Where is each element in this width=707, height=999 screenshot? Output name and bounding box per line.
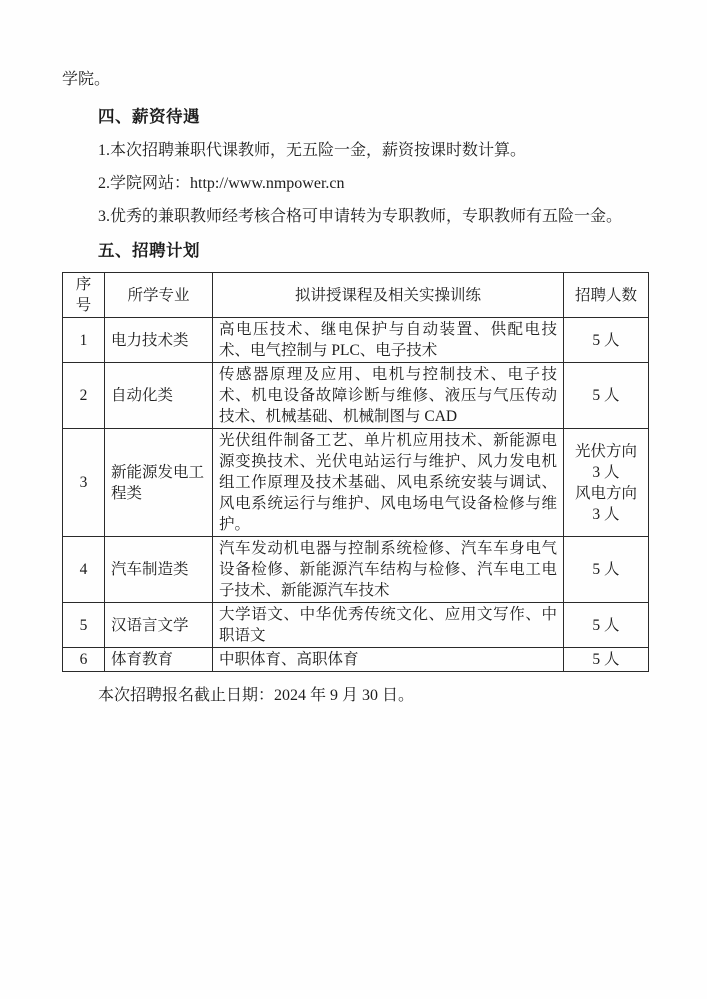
row-count: 5 人 xyxy=(564,318,649,363)
row-no: 3 xyxy=(63,429,105,537)
table-row: 3 新能源发电工程类 光伏组件制备工艺、单片机应用技术、新能源电源变换技术、光伏… xyxy=(63,429,649,537)
header-no: 序号 xyxy=(63,273,105,318)
header-major: 所学专业 xyxy=(105,273,213,318)
salary-item-2: 2.学院网站：http://www.nmpower.cn xyxy=(62,174,648,194)
row-no: 4 xyxy=(63,537,105,603)
row-major: 新能源发电工程类 xyxy=(105,429,213,537)
row-count: 光伏方向 3 人 风电方向 3 人 xyxy=(564,429,649,537)
row-count: 5 人 xyxy=(564,537,649,603)
row-major: 体育教育 xyxy=(105,648,213,672)
row-courses: 中职体育、高职体育 xyxy=(213,648,564,672)
section-heading-salary: 四、薪资待遇 xyxy=(62,106,648,128)
section-heading-plan: 五、招聘计划 xyxy=(62,240,648,262)
row-courses: 汽车发动机电器与控制系统检修、汽车车身电气设备检修、新能源汽车结构与检修、汽车电… xyxy=(213,537,564,603)
table-row: 6 体育教育 中职体育、高职体育 5 人 xyxy=(63,648,649,672)
salary-item-1: 1.本次招聘兼职代课教师，无五险一金，薪资按课时数计算。 xyxy=(62,141,648,161)
row-no: 1 xyxy=(63,318,105,363)
deadline-note: 本次招聘报名截止日期：2024 年 9 月 30 日。 xyxy=(62,686,648,706)
row-courses: 传感器原理及应用、电机与控制技术、电子技术、机电设备故障诊断与维修、液压与气压传… xyxy=(213,363,564,429)
row-courses: 大学语文、中华优秀传统文化、应用文写作、中职语文 xyxy=(213,603,564,648)
row-no: 2 xyxy=(63,363,105,429)
table-row: 5 汉语言文学 大学语文、中华优秀传统文化、应用文写作、中职语文 5 人 xyxy=(63,603,649,648)
intro-text: 学院。 xyxy=(62,70,648,90)
row-no: 6 xyxy=(63,648,105,672)
header-courses: 拟讲授课程及相关实操训练 xyxy=(213,273,564,318)
document-page: 学院。 四、薪资待遇 1.本次招聘兼职代课教师，无五险一金，薪资按课时数计算。 … xyxy=(0,0,707,999)
row-major: 汉语言文学 xyxy=(105,603,213,648)
row-count: 5 人 xyxy=(564,363,649,429)
table-row: 4 汽车制造类 汽车发动机电器与控制系统检修、汽车车身电气设备检修、新能源汽车结… xyxy=(63,537,649,603)
table-row: 1 电力技术类 高电压技术、继电保护与自动装置、供配电技术、电气控制与 PLC、… xyxy=(63,318,649,363)
row-count: 5 人 xyxy=(564,603,649,648)
row-no: 5 xyxy=(63,603,105,648)
row-major: 汽车制造类 xyxy=(105,537,213,603)
recruitment-plan-table: 序号 所学专业 拟讲授课程及相关实操训练 招聘人数 1 电力技术类 高电压技术、… xyxy=(62,272,649,672)
row-major: 电力技术类 xyxy=(105,318,213,363)
table-header-row: 序号 所学专业 拟讲授课程及相关实操训练 招聘人数 xyxy=(63,273,649,318)
salary-item-3: 3.优秀的兼职教师经考核合格可申请转为专职教师，专职教师有五险一金。 xyxy=(62,207,648,227)
table-row: 2 自动化类 传感器原理及应用、电机与控制技术、电子技术、机电设备故障诊断与维修… xyxy=(63,363,649,429)
header-count: 招聘人数 xyxy=(564,273,649,318)
row-courses: 光伏组件制备工艺、单片机应用技术、新能源电源变换技术、光伏电站运行与维护、风力发… xyxy=(213,429,564,537)
row-count: 5 人 xyxy=(564,648,649,672)
row-courses: 高电压技术、继电保护与自动装置、供配电技术、电气控制与 PLC、电子技术 xyxy=(213,318,564,363)
row-major: 自动化类 xyxy=(105,363,213,429)
